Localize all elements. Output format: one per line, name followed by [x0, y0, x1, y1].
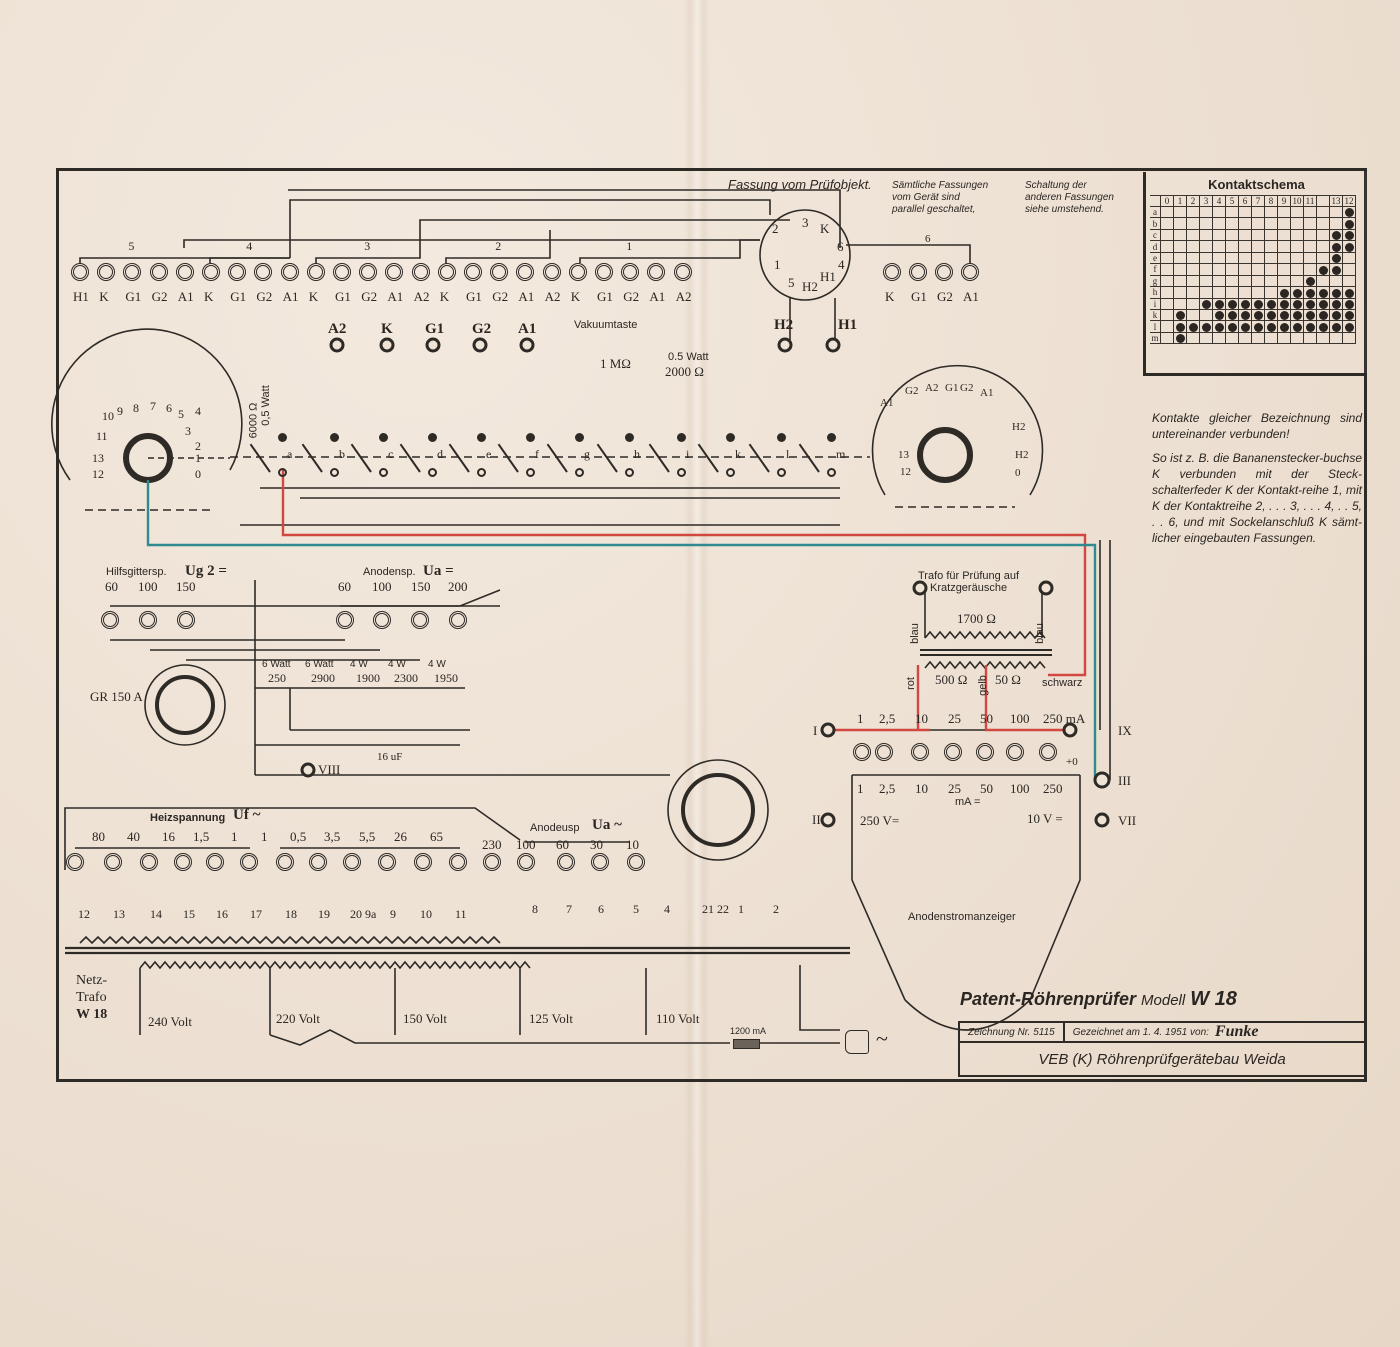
test-socket-pin-2: 2 — [772, 222, 779, 235]
meter-250v: 250 V= — [860, 814, 899, 827]
contact-cell — [1304, 252, 1317, 263]
contact-cell — [1317, 252, 1330, 263]
screen-tap-jack[interactable] — [139, 611, 157, 629]
contact-cell — [1226, 218, 1239, 229]
socket-jack[interactable] — [909, 263, 927, 281]
contact-cell — [1304, 264, 1317, 275]
heater-tap-jack[interactable] — [174, 853, 192, 871]
heater-tap-jack[interactable] — [66, 853, 84, 871]
contact-cell — [1174, 275, 1187, 286]
switch-label-d: d — [437, 448, 443, 460]
anode-dc-label: Anodensp. — [363, 567, 416, 578]
contact-cell — [1239, 252, 1252, 263]
title-block: Patent-Röhrenprüfer Modell W 18 Zeichnun… — [958, 988, 1364, 1077]
contact-cell — [1330, 264, 1343, 275]
contact-cell — [1239, 309, 1252, 320]
contact-cell — [1304, 321, 1317, 332]
contact-dot-icon — [1332, 300, 1341, 309]
socket-jack[interactable] — [333, 263, 351, 281]
contact-cell — [1278, 218, 1291, 229]
right-sel-a2: A2 — [925, 383, 938, 394]
contact-cell — [1174, 207, 1187, 218]
switch-pivot-icon — [379, 468, 388, 477]
contact-cell — [1265, 298, 1278, 309]
scratch-trafo-title: Trafo für Prüfung aufKratzgeräusche — [918, 570, 1019, 594]
switch-pivot-icon — [278, 468, 287, 477]
mains-tap-110: 110 Volt — [656, 1012, 699, 1025]
socket-pin-label: G2 — [152, 290, 168, 303]
meter-range-jack[interactable] — [944, 743, 962, 761]
anode-ac-winding-number: 21 — [702, 903, 714, 915]
socket-jack[interactable] — [202, 263, 220, 281]
contact-row-label: k — [1150, 309, 1161, 320]
socket-pin-label: G2 — [361, 290, 377, 303]
right-sel-13: 13 — [898, 450, 909, 461]
socket-pin-label: G1 — [466, 290, 482, 303]
contact-cell — [1252, 321, 1265, 332]
socket-jack[interactable] — [961, 263, 979, 281]
switch-contact-icon — [677, 433, 686, 442]
socket-pin-label: K — [571, 290, 580, 303]
contact-column-header: 0 — [1161, 196, 1174, 207]
meter-bottom-range-label: 50 — [980, 782, 993, 795]
switch-pivot-icon — [827, 468, 836, 477]
contact-cell — [1317, 229, 1330, 240]
mains-trafo-label: Netz-TrafoW 18 — [76, 972, 107, 1023]
contact-column-header: 12 — [1343, 196, 1356, 207]
contact-cell — [1174, 241, 1187, 252]
meter-top-range-label: 50 — [980, 712, 993, 725]
contact-cell — [1304, 287, 1317, 298]
socket-jack[interactable] — [150, 263, 168, 281]
heater-tap-jack[interactable] — [276, 853, 294, 871]
contact-cell — [1304, 207, 1317, 218]
contact-cell — [1252, 332, 1265, 343]
contact-cell — [1161, 229, 1174, 240]
jack-a2-label: A2 — [328, 322, 346, 337]
contact-cell — [1226, 309, 1239, 320]
anode-ac-tap-jack[interactable] — [483, 853, 501, 871]
anode-ac-winding-number: 8 — [532, 903, 538, 915]
contact-row: l — [1150, 321, 1356, 332]
meter-range-jack[interactable] — [1006, 743, 1024, 761]
anode-dc-tap-jack[interactable] — [449, 611, 467, 629]
resistor-2000-power: 0.5 Watt — [668, 352, 709, 363]
contact-dot-icon — [1319, 300, 1328, 309]
contact-cell — [1343, 298, 1356, 309]
vacuum-key-label: Vakuumtaste — [574, 320, 637, 331]
socket-jack[interactable] — [412, 263, 430, 281]
selector-position-label: 0 — [195, 468, 201, 480]
contact-cell — [1291, 218, 1304, 229]
switch-pivot-icon — [677, 468, 686, 477]
contact-dot-icon — [1228, 311, 1237, 320]
socket-jack[interactable] — [71, 263, 89, 281]
other-sockets-note: Schaltung deranderen Fassungensiehe umst… — [1025, 180, 1114, 216]
document-title: Patent-Röhrenprüfer Modell W 18 — [958, 988, 1364, 1011]
contact-column-header: 5 — [1226, 196, 1239, 207]
contact-cell — [1239, 241, 1252, 252]
contact-cell — [1330, 275, 1343, 286]
socket-title: Fassung vom Prüfobjekt. — [728, 178, 872, 191]
contact-dot-icon — [1293, 289, 1302, 298]
anode-dc-tap-label: 200 — [448, 580, 468, 593]
contact-cell — [1174, 332, 1187, 343]
contact-cell — [1161, 298, 1174, 309]
contact-cell — [1226, 264, 1239, 275]
meter-range-jack[interactable] — [911, 743, 929, 761]
heater-tap-label: 80 — [92, 830, 105, 843]
contact-dot-icon — [1306, 289, 1315, 298]
socket-pin-label: A1 — [387, 290, 403, 303]
contact-cell — [1252, 207, 1265, 218]
anode-ac-tap-jack[interactable] — [591, 853, 609, 871]
contact-cell — [1317, 321, 1330, 332]
heater-tap-jack[interactable] — [309, 853, 327, 871]
meter-unit: mA = — [955, 797, 980, 808]
switch-label-k: k — [735, 448, 741, 460]
contact-cell — [1343, 287, 1356, 298]
contact-row: m — [1150, 332, 1356, 343]
switch-contact-icon — [278, 433, 287, 442]
contact-cell — [1278, 207, 1291, 218]
socket-pin-label: G1 — [911, 290, 927, 303]
contact-cell — [1200, 218, 1213, 229]
switch-pivot-icon — [625, 468, 634, 477]
anode-ac-tap-jack[interactable] — [627, 853, 645, 871]
heater-tap-jack[interactable] — [449, 853, 467, 871]
socket-group-number: 1 — [626, 240, 632, 252]
socket-group-number: 2 — [495, 240, 501, 252]
heater-tap-jack[interactable] — [206, 853, 224, 871]
contact-cell — [1161, 332, 1174, 343]
contact-row: b — [1150, 218, 1356, 229]
contact-cell — [1252, 275, 1265, 286]
selector-position-label: 9 — [117, 405, 123, 417]
contact-cell — [1213, 287, 1226, 298]
contact-cell — [1330, 241, 1343, 252]
screen-voltage-symbol: Ug 2 = — [185, 564, 227, 579]
heater-winding-number: 11 — [455, 908, 467, 920]
switch-label-i: i — [686, 448, 689, 460]
contact-cell — [1265, 252, 1278, 263]
socket-group-number: 3 — [364, 240, 370, 252]
contact-cell — [1343, 218, 1356, 229]
contact-row-label: l — [1150, 321, 1161, 332]
switch-contact-icon — [428, 433, 437, 442]
switch-contact-icon — [526, 433, 535, 442]
anode-ac-symbol: Ua ~ — [592, 818, 622, 833]
test-socket-pin-h1: H1 — [820, 270, 836, 283]
contact-cell — [1317, 298, 1330, 309]
contact-cell — [1252, 218, 1265, 229]
heater-tap-jack[interactable] — [104, 853, 122, 871]
contact-cell — [1278, 241, 1291, 252]
anode-dc-tap-jack[interactable] — [373, 611, 391, 629]
contact-row-label: e — [1150, 252, 1161, 263]
contact-cell — [1187, 287, 1200, 298]
heater-winding-number: 19 — [318, 908, 330, 920]
contact-cell — [1317, 275, 1330, 286]
test-socket-pin-h2: H2 — [802, 280, 818, 293]
contact-cell — [1291, 252, 1304, 263]
contact-cell — [1304, 218, 1317, 229]
socket-pin-label: A1 — [518, 290, 534, 303]
contact-cell — [1330, 207, 1343, 218]
contact-cell — [1304, 241, 1317, 252]
contact-cell — [1213, 309, 1226, 320]
contact-cell — [1239, 218, 1252, 229]
heater-tap-jack[interactable] — [240, 853, 258, 871]
socket-group-number: 5 — [128, 240, 134, 252]
contact-cell — [1213, 298, 1226, 309]
contact-column-header: 2 — [1187, 196, 1200, 207]
screen-tap-label: 150 — [176, 580, 196, 593]
socket-pin-label: G2 — [256, 290, 272, 303]
heater-symbol: Uf ~ — [233, 808, 260, 823]
contact-cell — [1252, 309, 1265, 320]
right-sel-a1: A1 — [880, 398, 893, 409]
contact-dot-icon — [1332, 289, 1341, 298]
anode-dc-tap-jack[interactable] — [336, 611, 354, 629]
contact-dot-icon — [1254, 311, 1263, 320]
contact-cell — [1304, 298, 1317, 309]
meter-range-jack[interactable] — [1039, 743, 1057, 761]
contact-cell — [1174, 229, 1187, 240]
contact-dot-icon — [1319, 266, 1328, 275]
divider-power: 6 Watt — [262, 660, 291, 670]
contact-dot-icon — [1293, 300, 1302, 309]
socket-jack[interactable] — [281, 263, 299, 281]
contact-cell — [1226, 229, 1239, 240]
contact-cell — [1291, 332, 1304, 343]
socket-jack[interactable] — [935, 263, 953, 281]
socket-jack[interactable] — [543, 263, 561, 281]
meter-top-range-label: 25 — [948, 712, 961, 725]
switch-contact-icon — [330, 433, 339, 442]
meter-bottom-range-label: 250 — [1043, 782, 1063, 795]
contact-cell — [1291, 241, 1304, 252]
test-socket-pin-1: 1 — [774, 258, 781, 271]
socket-jack[interactable] — [674, 263, 692, 281]
heater-tap-jack[interactable] — [414, 853, 432, 871]
contact-dot-icon — [1280, 289, 1289, 298]
contact-cell — [1265, 287, 1278, 298]
socket-jack[interactable] — [464, 263, 482, 281]
switch-label-e: e — [486, 448, 491, 460]
divider-power: 4 W — [388, 660, 406, 670]
contact-dot-icon — [1280, 323, 1289, 332]
fuse-icon — [733, 1039, 760, 1049]
heater-tap-label: 26 — [394, 830, 407, 843]
contact-dot-icon — [1267, 300, 1276, 309]
heater-tap-label: 5,5 — [359, 830, 375, 843]
contact-cell — [1330, 309, 1343, 320]
contact-row-label: m — [1150, 332, 1161, 343]
right-sel-a1b: A1 — [980, 388, 993, 399]
selector-position-label: 5 — [178, 408, 184, 420]
contact-cell — [1174, 287, 1187, 298]
contact-cell — [1187, 207, 1200, 218]
contact-cell — [1226, 332, 1239, 343]
anode-dc-tap-label: 150 — [411, 580, 431, 593]
anode-dc-symbol: Ua = — [423, 564, 454, 579]
heater-tap-jack[interactable] — [378, 853, 396, 871]
heater-tap-jack[interactable] — [140, 853, 158, 871]
contact-cell — [1343, 229, 1356, 240]
contact-dot-icon — [1345, 311, 1354, 320]
socket-jack[interactable] — [595, 263, 613, 281]
contact-cell — [1226, 275, 1239, 286]
contact-dot-icon — [1241, 300, 1250, 309]
contact-row-label: c — [1150, 229, 1161, 240]
mains-tap-220: 220 Volt — [276, 1012, 320, 1025]
contact-cell — [1187, 309, 1200, 320]
contact-cell — [1200, 229, 1213, 240]
contact-cell — [1317, 218, 1330, 229]
contact-dot-icon — [1345, 243, 1354, 252]
contact-cell — [1252, 287, 1265, 298]
switch-pivot-icon — [526, 468, 535, 477]
contact-cell — [1291, 264, 1304, 275]
contact-cell — [1252, 264, 1265, 275]
socket-jack[interactable] — [883, 263, 901, 281]
socket-jack[interactable] — [176, 263, 194, 281]
test-socket-pin-4: 4 — [838, 258, 845, 271]
selector-position-label: 12 — [92, 468, 104, 480]
anode-ac-tap-jack[interactable] — [557, 853, 575, 871]
socket-pin-label: A1 — [283, 290, 299, 303]
test-socket-pin-6: 6 — [837, 240, 844, 253]
contact-column-header: 9 — [1278, 196, 1291, 207]
contact-dot-icon — [1319, 323, 1328, 332]
contact-dot-icon — [1306, 300, 1315, 309]
socket-note: Sämtliche Fassungenvom Gerät sindparalle… — [892, 180, 988, 216]
contact-cell — [1213, 241, 1226, 252]
selector-position-label: 1 — [195, 452, 201, 464]
anode-ac-winding-number: 2 — [773, 903, 779, 915]
socket-jack[interactable] — [569, 263, 587, 281]
meter-bottom-range-label: 2,5 — [879, 782, 895, 795]
signature: Funke — [1215, 1023, 1259, 1041]
contact-cell — [1291, 321, 1304, 332]
screen-tap-jack[interactable] — [101, 611, 119, 629]
wire-blau-left: blau — [910, 623, 921, 644]
wire-rot: rot — [906, 677, 917, 690]
socket-pin-label: G2 — [492, 290, 508, 303]
contact-cell — [1161, 275, 1174, 286]
meter-range-jack[interactable] — [976, 743, 994, 761]
heater-tap-label: 65 — [430, 830, 443, 843]
meter-range-jack[interactable] — [853, 743, 871, 761]
contact-cell — [1187, 241, 1200, 252]
contact-schema: Kontaktschema 012345678910111312abcdefgh… — [1143, 172, 1367, 376]
selector-position-label: 3 — [185, 425, 191, 437]
heater-winding-number: 15 — [183, 908, 195, 920]
anode-ac-tap-label: 30 — [590, 838, 603, 851]
switch-label-m: m — [836, 448, 845, 460]
contact-cell — [1200, 207, 1213, 218]
contact-cell — [1291, 207, 1304, 218]
anode-ac-winding-number: 5 — [633, 903, 639, 915]
contact-cell — [1187, 298, 1200, 309]
meter-range-jack[interactable] — [875, 743, 893, 761]
contact-row: g — [1150, 275, 1356, 286]
contact-column-header: 6 — [1239, 196, 1252, 207]
contact-cell — [1226, 298, 1239, 309]
contact-cell — [1226, 287, 1239, 298]
switch-pivot-icon — [726, 468, 735, 477]
anode-ac-tap-label: 230 — [482, 838, 502, 851]
contact-cell — [1317, 332, 1330, 343]
heater-winding-number: 10 — [420, 908, 432, 920]
anode-ac-tap-jack[interactable] — [517, 853, 535, 871]
contact-cell — [1330, 321, 1343, 332]
contact-dot-icon — [1267, 323, 1276, 332]
contact-dot-icon — [1293, 323, 1302, 332]
test-socket-pin-3: 3 — [802, 216, 809, 229]
contact-cell — [1278, 332, 1291, 343]
right-sel-0: 0 — [1015, 468, 1021, 479]
contact-column-header: 3 — [1200, 196, 1213, 207]
contact-column-header: 8 — [1265, 196, 1278, 207]
contact-dot-icon — [1267, 311, 1276, 320]
selector-position-label: 10 — [102, 410, 114, 422]
drawing-number: Zeichnung Nr. 5115 — [960, 1023, 1065, 1041]
anode-ac-tap-label: 60 — [556, 838, 569, 851]
anode-dc-tap-jack[interactable] — [411, 611, 429, 629]
contact-dot-icon — [1345, 323, 1354, 332]
right-sel-g2b: G2 — [960, 383, 973, 394]
contact-dot-icon — [1293, 311, 1302, 320]
resistor-1mohm-label: 1 MΩ — [600, 357, 631, 370]
socket-pin-label: A2 — [676, 290, 692, 303]
contact-cell — [1239, 287, 1252, 298]
right-sel-h2: H2 — [1012, 422, 1025, 433]
fuse-label: 1200 mA — [730, 1027, 766, 1036]
screen-tap-jack[interactable] — [177, 611, 195, 629]
divider-value: 1900 — [356, 672, 380, 684]
contact-cell — [1226, 252, 1239, 263]
selector-position-label: 13 — [92, 452, 104, 464]
switch-pivot-icon — [575, 468, 584, 477]
contact-row-label: h — [1150, 287, 1161, 298]
socket-pin-label: G2 — [937, 290, 953, 303]
contact-cell — [1278, 229, 1291, 240]
screen-tap-label: 60 — [105, 580, 118, 593]
contact-cell — [1239, 321, 1252, 332]
meter-plus-zero: +0 — [1066, 757, 1078, 768]
switch-label-l: l — [786, 448, 789, 460]
contact-dot-icon — [1280, 300, 1289, 309]
contact-cell — [1200, 298, 1213, 309]
socket-jack[interactable] — [438, 263, 456, 281]
heater-tap-jack[interactable] — [343, 853, 361, 871]
contact-cell — [1161, 207, 1174, 218]
socket-jack[interactable] — [307, 263, 325, 281]
contact-cell — [1161, 252, 1174, 263]
contact-column-header: 13 — [1330, 196, 1343, 207]
wire-blau-right: blau — [1035, 623, 1046, 644]
resistor-2000-value: 2000 Ω — [665, 365, 704, 378]
heater-winding-number: 12 — [78, 908, 90, 920]
contact-cell — [1330, 229, 1343, 240]
contact-cell — [1200, 252, 1213, 263]
contact-cell — [1304, 275, 1317, 286]
contact-cell — [1304, 309, 1317, 320]
contact-cell — [1330, 332, 1343, 343]
contact-cell — [1239, 298, 1252, 309]
